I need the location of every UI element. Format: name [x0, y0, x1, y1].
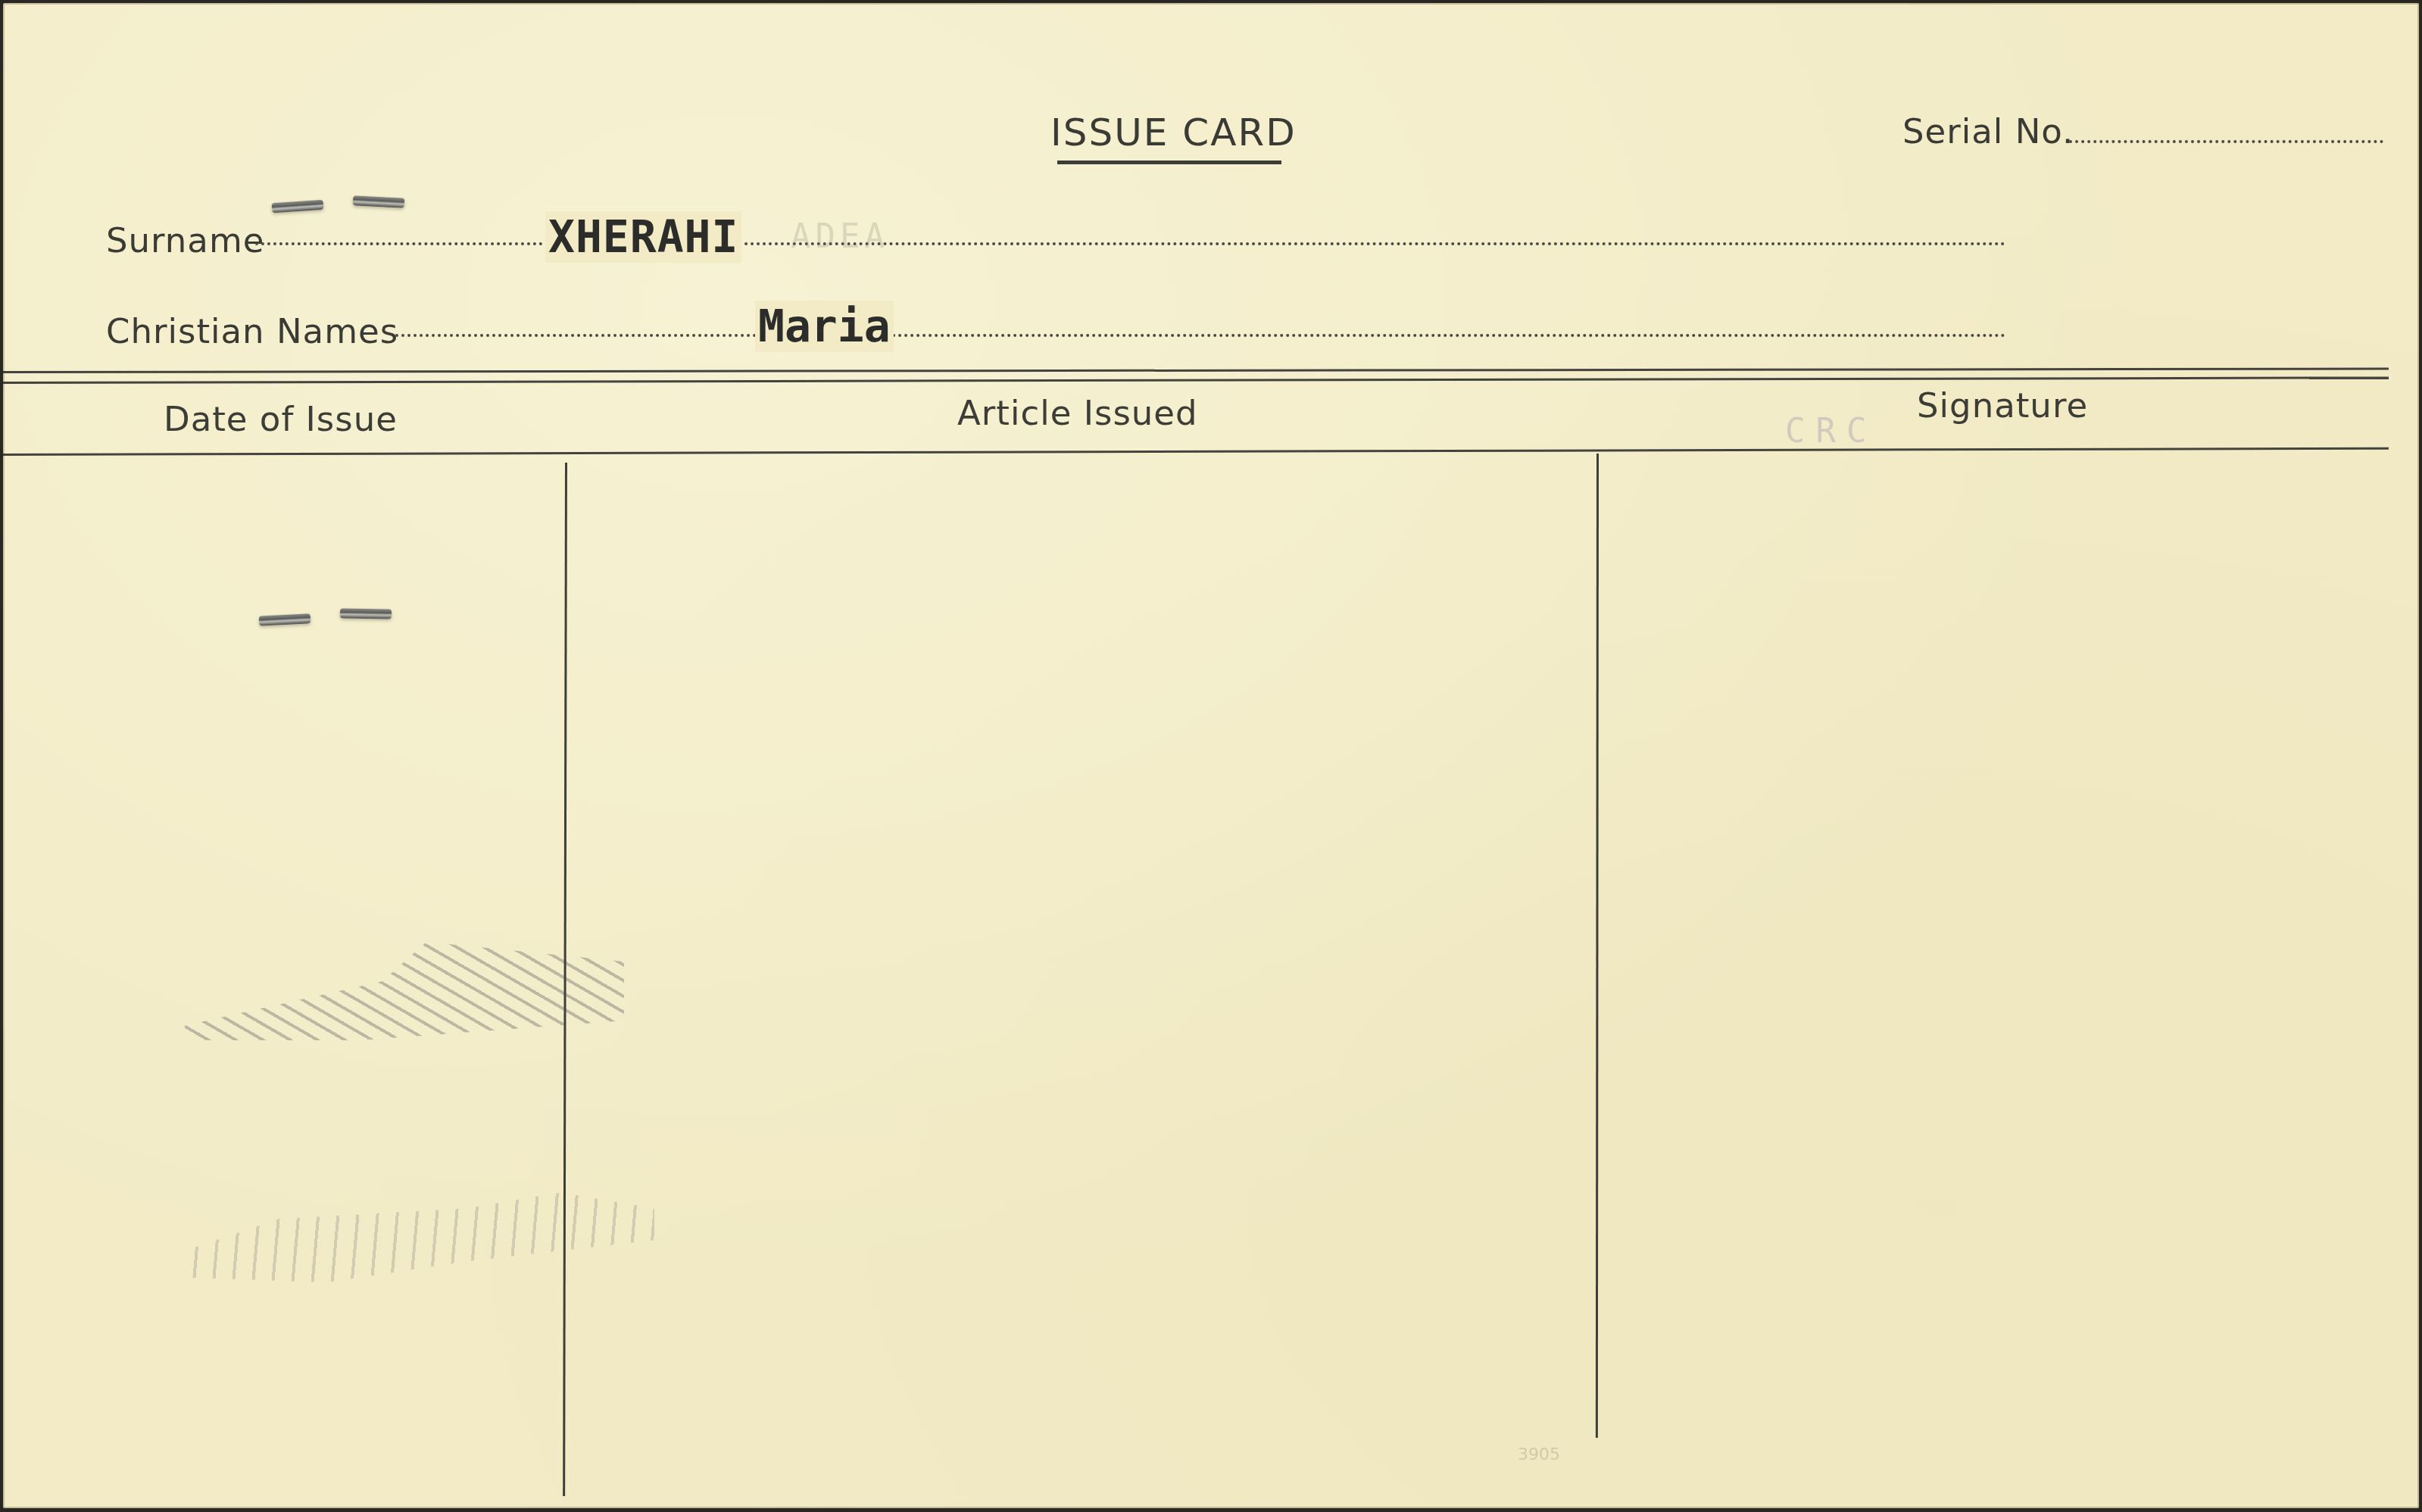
faint-purple-stamp: CRC [1785, 412, 1877, 450]
staple-icon [272, 200, 324, 214]
column-header-signature: Signature [1917, 385, 2088, 426]
staple-icon [259, 613, 311, 626]
card-title: ISSUE CARD [1050, 111, 1297, 154]
faint-bottom-print: 3905 [1518, 1445, 1560, 1464]
smudged-stamp-mark [185, 942, 624, 1040]
header-rule-top-second [3, 376, 2389, 384]
issue-card: ISSUE CARD Serial No. Surname XHERAHI AD… [3, 3, 2419, 1508]
serial-no-label: Serial No. [1902, 111, 2074, 151]
header-rule-bottom [3, 447, 2389, 456]
staple-icon [340, 608, 392, 619]
column-divider-2 [1596, 454, 1599, 1438]
surname-label: Surname [106, 220, 264, 260]
christian-names-field-line [395, 334, 2006, 337]
card-edge [3, 3, 2419, 1508]
column-header-date-of-issue: Date of Issue [164, 399, 398, 439]
christian-names-value: Maria [755, 301, 894, 352]
surname-field-line [255, 242, 2006, 245]
christian-names-label: Christian Names [106, 311, 398, 351]
header-rule-top [3, 368, 2389, 373]
smudged-handwriting-mark [185, 1177, 654, 1283]
column-header-article-issued: Article Issued [957, 393, 1198, 433]
surname-faint-overtype: ADEA [791, 217, 889, 256]
serial-no-field [2069, 140, 2383, 143]
surname-value: XHERAHI [545, 211, 741, 263]
title-underline [1057, 161, 1281, 164]
staple-icon [353, 195, 405, 208]
